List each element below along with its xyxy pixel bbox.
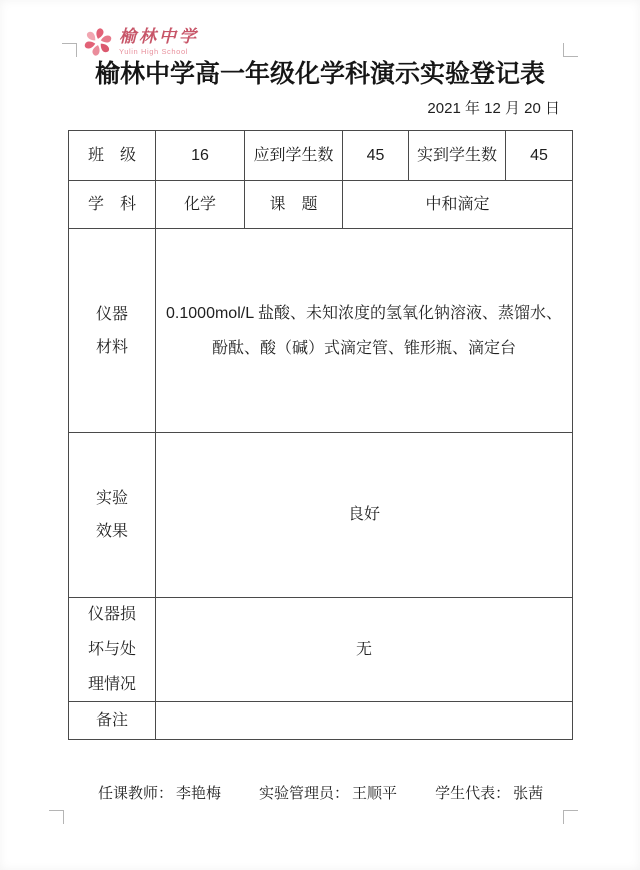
margin-corner-mark-top-right <box>563 43 578 57</box>
effect-value-cell: 良好 <box>156 433 572 598</box>
student-representative-label: 学生代表： <box>435 785 510 802</box>
subject-label-cell: 学 科 <box>69 181 156 229</box>
expected-students-value-cell: 45 <box>343 131 409 181</box>
remarks-value-cell <box>156 702 572 739</box>
teacher-label: 任课教师： <box>98 785 173 802</box>
lab-manager-signature: 实验管理员：王顺平 <box>259 784 397 803</box>
registration-table: 班 级 16 应到学生数 45 实到学生数 45 学 科 化学 课 题 中和滴定… <box>68 130 573 740</box>
margin-corner-mark-bottom-left <box>49 810 64 824</box>
lab-manager-label: 实验管理员： <box>259 785 349 802</box>
student-representative-signature: 学生代表：张茜 <box>435 784 543 803</box>
form-title: 榆林中学高一年级化学科演示实验登记表 <box>0 59 640 89</box>
effect-label-cell: 实验 效果 <box>69 433 156 598</box>
teacher-signature: 任课教师：李艳梅 <box>98 784 221 803</box>
expected-students-label-cell: 应到学生数 <box>245 131 343 181</box>
class-label-cell: 班 级 <box>69 131 156 181</box>
student-representative-name: 张茜 <box>513 785 543 802</box>
actual-students-value-cell: 45 <box>506 131 572 181</box>
materials-label-cell: 仪器 材料 <box>69 229 156 433</box>
form-date: 2021 年 12 月 20 日 <box>427 99 560 119</box>
damage-label-cell: 仪器损 坏与处 理情况 <box>69 598 156 702</box>
actual-students-label-cell: 实到学生数 <box>409 131 506 181</box>
remarks-label-cell: 备注 <box>69 702 156 739</box>
document-page: 榆林中学 Yulin High School 榆林中学高一年级化学科演示实验登记… <box>0 0 640 870</box>
margin-corner-mark-top-left <box>62 43 77 57</box>
class-value-cell: 16 <box>156 131 245 181</box>
topic-value-cell: 中和滴定 <box>343 181 572 229</box>
signature-row: 任课教师：李艳梅 实验管理员：王顺平 学生代表：张茜 <box>0 784 640 803</box>
teacher-name: 李艳梅 <box>176 785 221 802</box>
lab-manager-name: 王顺平 <box>352 785 397 802</box>
logo-school-name-cn: 榆林中学 <box>119 28 199 46</box>
logo-school-name-en: Yulin High School <box>119 47 199 56</box>
margin-corner-mark-bottom-right <box>563 810 578 824</box>
subject-value-cell: 化学 <box>156 181 245 229</box>
materials-value-cell: 0.1000mol/L 盐酸、未知浓度的氢氧化钠溶液、蒸馏水、 酚酞、酸（碱）式… <box>156 229 572 433</box>
topic-label-cell: 课 题 <box>245 181 343 229</box>
damage-value-cell: 无 <box>156 598 572 702</box>
